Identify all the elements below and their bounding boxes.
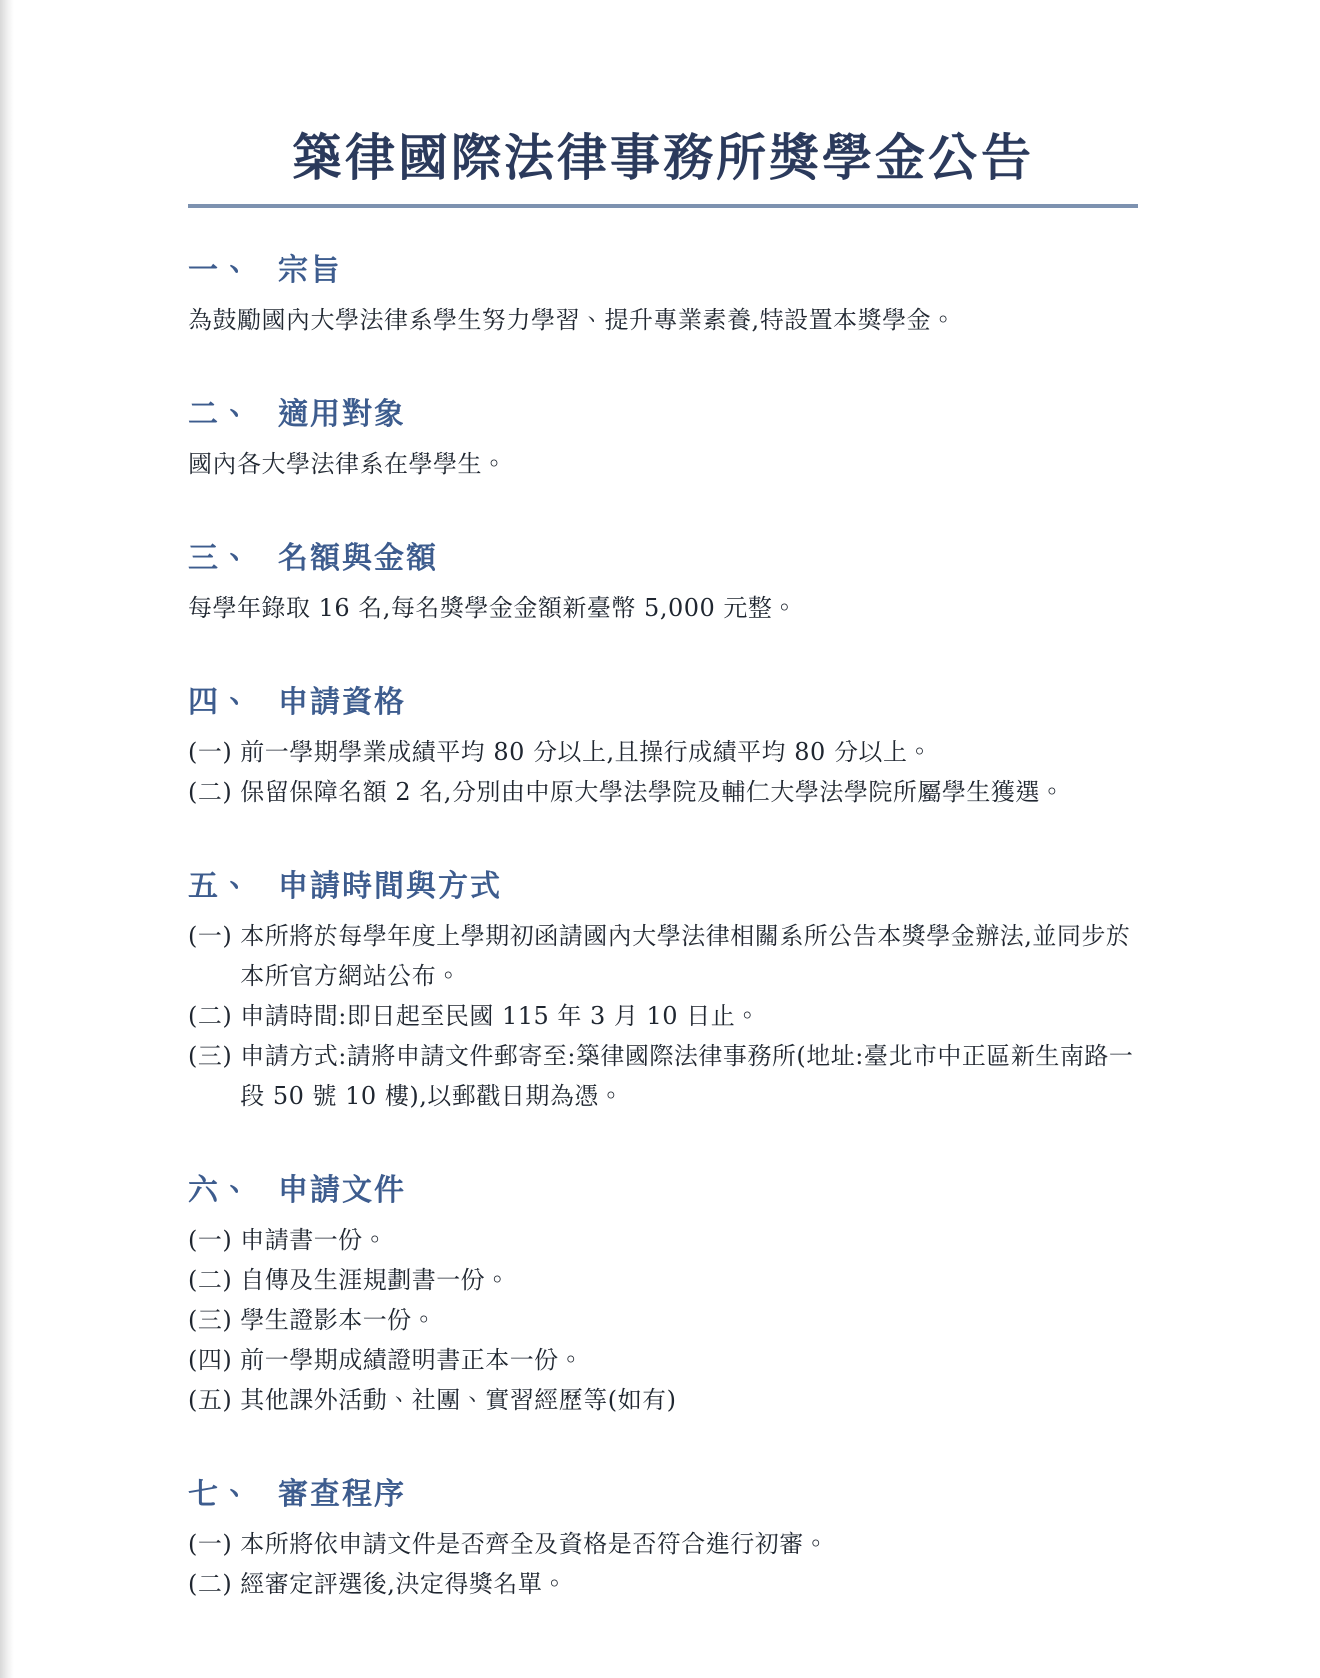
- section-application-time-and-method: 五、申請時間與方式 (一) 本所將於每學年度上學期初函請國內大學法律相關系所公告…: [188, 868, 1138, 1116]
- item-text: 本所將於每學年度上學期初函請國內大學法律相關系所公告本獎學金辦法,並同步於本所官…: [240, 916, 1138, 996]
- list-item: (一) 前一學期學業成績平均 80 分以上,且操行成績平均 80 分以上。: [188, 732, 1138, 772]
- section-heading: 二、適用對象: [188, 396, 1138, 434]
- item-marker: (二): [188, 996, 232, 1036]
- item-marker: (一): [188, 916, 232, 956]
- list-item: (二) 保留保障名額 2 名,分別由中原大學法學院及輔仁大學法學院所屬學生獲選。: [188, 772, 1138, 812]
- list-item: (三) 學生證影本一份。: [188, 1300, 1138, 1340]
- section-application-qualifications: 四、申請資格 (一) 前一學期學業成績平均 80 分以上,且操行成績平均 80 …: [188, 684, 1138, 812]
- item-marker: (一): [188, 1524, 232, 1564]
- list-item: (三) 申請方式:請將申請文件郵寄至:築律國際法律事務所(地址:臺北市中正區新生…: [188, 1036, 1138, 1116]
- section-heading: 一、宗旨: [188, 252, 1138, 290]
- section-label: 適用對象: [278, 397, 406, 432]
- list-item: (一) 本所將依申請文件是否齊全及資格是否符合進行初審。: [188, 1524, 1138, 1564]
- item-text: 其他課外活動、社團、實習經歷等(如有): [240, 1380, 1138, 1420]
- item-text: 申請時間:即日起至民國 115 年 3 月 10 日止。: [240, 996, 1138, 1036]
- section-quota-and-amount: 三、名額與金額 每學年錄取 16 名,每名獎學金金額新臺幣 5,000 元整。: [188, 540, 1138, 628]
- section-label: 名額與金額: [278, 541, 438, 576]
- section-number: 二、: [188, 397, 252, 432]
- list-item: (五) 其他課外活動、社團、實習經歷等(如有): [188, 1380, 1138, 1420]
- item-text: 申請書一份。: [240, 1220, 1138, 1260]
- section-label: 申請時間與方式: [278, 869, 502, 904]
- section-number: 三、: [188, 541, 252, 576]
- item-marker: (一): [188, 732, 232, 772]
- list-item: (一) 申請書一份。: [188, 1220, 1138, 1260]
- paragraph: 國內各大學法律系在學學生。: [188, 444, 1138, 484]
- item-marker: (一): [188, 1220, 232, 1260]
- item-text: 前一學期學業成績平均 80 分以上,且操行成績平均 80 分以上。: [240, 732, 1138, 772]
- section-heading: 七、審查程序: [188, 1476, 1138, 1514]
- item-text: 自傳及生涯規劃書一份。: [240, 1260, 1138, 1300]
- item-marker: (二): [188, 1260, 232, 1300]
- section-purpose: 一、宗旨 為鼓勵國內大學法律系學生努力學習、提升專業素養,特設置本獎學金。: [188, 252, 1138, 340]
- section-heading: 五、申請時間與方式: [188, 868, 1138, 906]
- item-text: 前一學期成績證明書正本一份。: [240, 1340, 1138, 1380]
- section-number: 四、: [188, 685, 252, 720]
- item-marker: (二): [188, 1564, 232, 1604]
- item-text: 國內各大學法律系在學學生。: [188, 444, 1138, 484]
- section-review-procedure: 七、審查程序 (一) 本所將依申請文件是否齊全及資格是否符合進行初審。 (二) …: [188, 1476, 1138, 1604]
- list-item: (四) 前一學期成績證明書正本一份。: [188, 1340, 1138, 1380]
- item-text: 為鼓勵國內大學法律系學生努力學習、提升專業素養,特設置本獎學金。: [188, 300, 1138, 340]
- section-label: 宗旨: [278, 253, 342, 288]
- item-text: 經審定評選後,決定得獎名單。: [240, 1564, 1138, 1604]
- item-marker: (三): [188, 1036, 232, 1076]
- list-item: (二) 經審定評選後,決定得獎名單。: [188, 1564, 1138, 1604]
- paragraph: 每學年錄取 16 名,每名獎學金金額新臺幣 5,000 元整。: [188, 588, 1138, 628]
- list-item: (二) 自傳及生涯規劃書一份。: [188, 1260, 1138, 1300]
- section-application-documents: 六、申請文件 (一) 申請書一份。 (二) 自傳及生涯規劃書一份。 (三) 學生…: [188, 1172, 1138, 1420]
- title-divider: [188, 204, 1138, 208]
- list-item: (二) 申請時間:即日起至民國 115 年 3 月 10 日止。: [188, 996, 1138, 1036]
- item-text: 每學年錄取 16 名,每名獎學金金額新臺幣 5,000 元整。: [188, 588, 1138, 628]
- list-item: (一) 本所將於每學年度上學期初函請國內大學法律相關系所公告本獎學金辦法,並同步…: [188, 916, 1138, 996]
- item-text: 保留保障名額 2 名,分別由中原大學法學院及輔仁大學法學院所屬學生獲選。: [240, 772, 1138, 812]
- section-label: 審查程序: [278, 1477, 406, 1512]
- section-number: 五、: [188, 869, 252, 904]
- section-heading: 六、申請文件: [188, 1172, 1138, 1210]
- section-number: 七、: [188, 1477, 252, 1512]
- item-marker: (五): [188, 1380, 232, 1420]
- item-marker: (二): [188, 772, 232, 812]
- document-page: 築律國際法律事務所獎學金公告 一、宗旨 為鼓勵國內大學法律系學生努力學習、提升專…: [0, 0, 1320, 1604]
- section-heading: 四、申請資格: [188, 684, 1138, 722]
- section-number: 六、: [188, 1173, 252, 1208]
- page-title: 築律國際法律事務所獎學金公告: [188, 128, 1138, 188]
- section-number: 一、: [188, 253, 252, 288]
- item-text: 本所將依申請文件是否齊全及資格是否符合進行初審。: [240, 1524, 1138, 1564]
- section-label: 申請文件: [278, 1173, 406, 1208]
- item-marker: (四): [188, 1340, 232, 1380]
- section-eligible-targets: 二、適用對象 國內各大學法律系在學學生。: [188, 396, 1138, 484]
- section-label: 申請資格: [278, 685, 406, 720]
- item-text: 學生證影本一份。: [240, 1300, 1138, 1340]
- item-marker: (三): [188, 1300, 232, 1340]
- paragraph: 為鼓勵國內大學法律系學生努力學習、提升專業素養,特設置本獎學金。: [188, 300, 1138, 340]
- section-heading: 三、名額與金額: [188, 540, 1138, 578]
- item-text: 申請方式:請將申請文件郵寄至:築律國際法律事務所(地址:臺北市中正區新生南路一段…: [240, 1036, 1138, 1116]
